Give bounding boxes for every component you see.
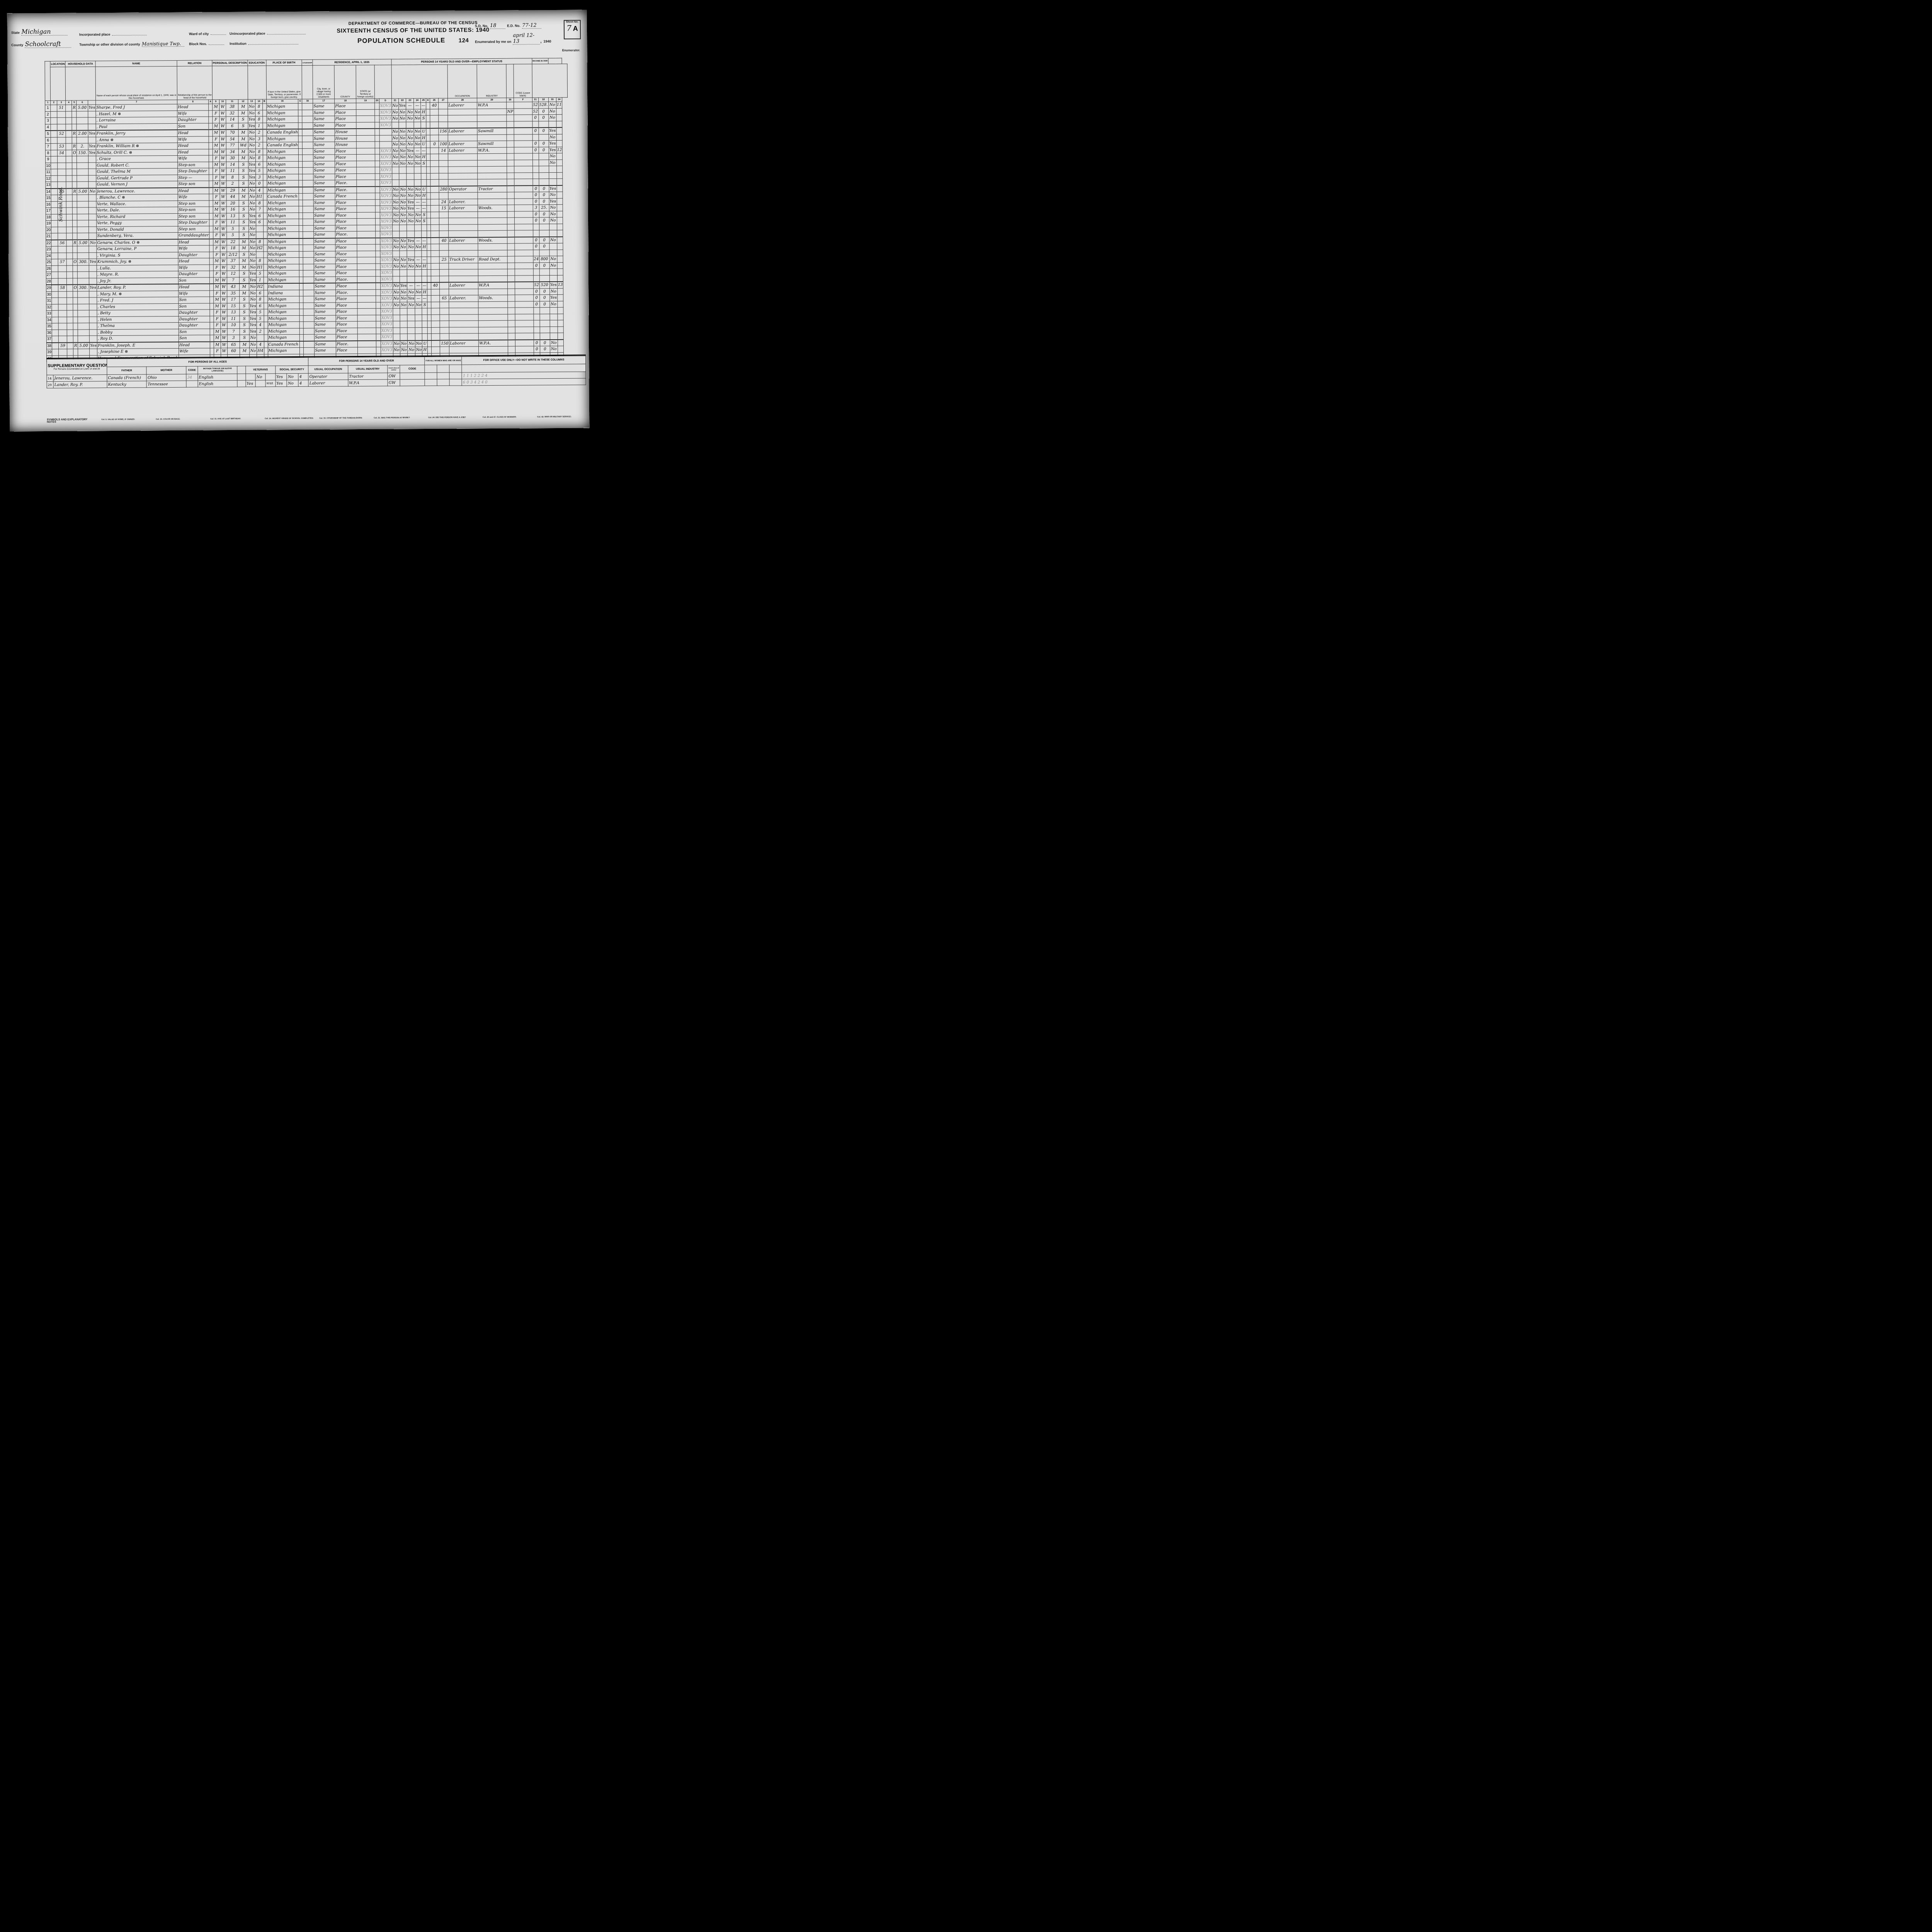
cell-school: No bbox=[249, 245, 257, 252]
cell-line: 38 bbox=[46, 342, 52, 349]
cell-blank bbox=[51, 259, 58, 265]
cell-race: W bbox=[220, 297, 227, 303]
colnum: 29 bbox=[477, 98, 507, 102]
cell-age: 14 bbox=[226, 162, 239, 168]
cell-res-county: Place bbox=[335, 264, 357, 270]
cell-hours bbox=[430, 173, 439, 180]
cell-blank bbox=[357, 212, 375, 219]
cell-res-city: Same bbox=[313, 180, 335, 187]
cell-w21 bbox=[392, 173, 399, 180]
cell-res-county: Place. bbox=[335, 276, 357, 283]
cell-blank bbox=[51, 233, 58, 240]
cell-wages bbox=[539, 269, 549, 276]
cell-marital: M bbox=[239, 238, 249, 245]
cell-grade: 8 bbox=[256, 155, 263, 162]
cell-relation: Head bbox=[179, 284, 210, 290]
cell-w24: — bbox=[415, 282, 422, 289]
cell-blank bbox=[515, 250, 533, 256]
cell-dwelling bbox=[58, 253, 66, 259]
cell-industry bbox=[478, 160, 507, 167]
cell-blank bbox=[51, 253, 58, 259]
cell-hours bbox=[432, 333, 440, 340]
cell-dwelling: 54 bbox=[57, 150, 66, 156]
cell-blank bbox=[426, 122, 430, 128]
supp-code2 bbox=[400, 373, 425, 379]
cell-dwelling bbox=[58, 310, 67, 317]
cell-race: W bbox=[220, 277, 227, 284]
cell-w23 bbox=[406, 180, 414, 186]
supplementary-title: SUPPLEMENTARY QUESTIONS bbox=[48, 363, 106, 368]
cell-value bbox=[78, 329, 89, 336]
supp-class: OW bbox=[388, 373, 400, 379]
cell-res-city: Same bbox=[314, 296, 336, 303]
cell-weeks bbox=[440, 347, 449, 353]
cell-wages: 0 bbox=[540, 288, 550, 295]
cell-class bbox=[508, 320, 515, 327]
cell-w22 bbox=[399, 122, 406, 128]
cell-weeks-worked: 0 bbox=[534, 346, 540, 353]
cell-weeks bbox=[439, 218, 449, 224]
cell-blank bbox=[302, 116, 313, 122]
cell-blank bbox=[375, 167, 380, 173]
cell-blank bbox=[67, 304, 73, 311]
cell-weeks-worked: 0 bbox=[533, 211, 539, 218]
cell-code: XOV3 bbox=[381, 296, 393, 302]
supp-class: GW bbox=[388, 379, 400, 386]
cell-marital: S bbox=[239, 206, 248, 213]
cell-blank bbox=[357, 308, 376, 315]
cell-age: 44 bbox=[226, 194, 239, 200]
cell-res-county: Place bbox=[336, 302, 357, 309]
cell-industry bbox=[479, 346, 508, 353]
cell-w25 bbox=[422, 315, 427, 321]
colnum: 11 bbox=[226, 99, 238, 104]
household-desc bbox=[65, 67, 96, 100]
cell-blank bbox=[303, 309, 314, 315]
cell-age: 43 bbox=[227, 284, 240, 290]
cell-race: W bbox=[220, 239, 227, 245]
cell-blank bbox=[303, 148, 313, 155]
cell-dwelling bbox=[58, 336, 67, 342]
supp-veteran: Yes bbox=[246, 380, 256, 387]
cell-race: W bbox=[221, 316, 228, 322]
cell-blank bbox=[303, 245, 314, 251]
cell-other-income: No bbox=[549, 160, 556, 166]
colnum: F bbox=[514, 98, 532, 102]
cell-blank bbox=[51, 105, 57, 111]
cell-res-city: Same bbox=[313, 135, 335, 142]
cell-dwelling bbox=[58, 272, 66, 278]
cell-w23: No bbox=[406, 135, 414, 141]
cell-other-income: No bbox=[548, 108, 556, 115]
cell-blank bbox=[264, 303, 267, 309]
cell-farm bbox=[88, 195, 96, 201]
cell-blank bbox=[263, 225, 267, 232]
women-group: FOR ALL WOMEN WHO ARE OR HAVE BEEN MARRI… bbox=[425, 357, 462, 365]
cell-industry: Woods. bbox=[478, 295, 508, 301]
cell-blank bbox=[303, 213, 314, 219]
cell-grade: 8 bbox=[255, 104, 262, 110]
cell-w24: — bbox=[414, 103, 421, 109]
cell-weeks-worked: 52 bbox=[533, 282, 539, 288]
cell-industry: Sawmill bbox=[477, 141, 507, 147]
cell-farm-sched bbox=[557, 250, 563, 256]
class-header: Usual class of worker bbox=[388, 365, 400, 373]
cell-marital: S bbox=[239, 200, 248, 207]
cell-weeks bbox=[439, 115, 448, 122]
county-label: County bbox=[11, 43, 23, 47]
cell-res-city: Same bbox=[313, 155, 335, 161]
cell-blank bbox=[375, 199, 380, 206]
colnum: 2 bbox=[51, 100, 57, 105]
cell-w24: No bbox=[415, 289, 422, 296]
cell-class bbox=[507, 173, 514, 179]
cell-w22 bbox=[399, 173, 406, 180]
cell-tenure: R bbox=[73, 342, 78, 349]
cell-blank bbox=[209, 123, 213, 129]
cell-tenure bbox=[72, 175, 77, 182]
cell-dwelling bbox=[58, 291, 67, 298]
cell-name: , Roy D. bbox=[97, 335, 179, 342]
cell-weeks: 24 bbox=[439, 199, 448, 206]
cell-blank bbox=[514, 218, 533, 224]
cell-grade: 6 bbox=[257, 290, 264, 297]
cell-w24: No bbox=[414, 135, 421, 141]
cell-res-county: Place. bbox=[336, 289, 357, 296]
cell-w22: Yes bbox=[398, 103, 406, 109]
supp-office: 6 0 3 4 2 4 0 bbox=[462, 378, 586, 386]
cell-farm-sched bbox=[558, 333, 564, 339]
cell-w22: No bbox=[398, 109, 406, 116]
supp-vet-no: No bbox=[255, 374, 265, 380]
cell-occupation: Truck Driver bbox=[449, 257, 478, 263]
cell-res-county: Place. bbox=[335, 187, 357, 193]
usual-industry-header: USUAL INDUSTRY bbox=[348, 365, 388, 373]
cell-code: XOV3 bbox=[380, 251, 393, 257]
cell-blank bbox=[303, 167, 313, 174]
cell-blank bbox=[357, 154, 375, 161]
cell-race: W bbox=[220, 284, 227, 290]
cell-tenure bbox=[72, 124, 77, 131]
cell-value bbox=[77, 246, 89, 253]
cell-age: 13 bbox=[227, 309, 240, 316]
cell-res-city: Same bbox=[314, 302, 336, 309]
sd-ed-field: S.D. No. 18 E.D. No. 77-12 bbox=[475, 22, 541, 29]
cell-blank bbox=[303, 193, 313, 200]
cell-grade: 4 bbox=[257, 322, 264, 328]
cell-w24: No bbox=[414, 128, 421, 135]
cell-weeks-worked: 0 bbox=[534, 340, 540, 346]
cell-blank bbox=[52, 285, 58, 291]
cell-grade: 6 bbox=[257, 303, 264, 310]
cell-blank bbox=[209, 149, 213, 155]
cell-tenure: O bbox=[72, 150, 77, 156]
cell-blank bbox=[376, 302, 381, 309]
residence-state-desc: STATE (or Territory or foreign country) bbox=[356, 65, 375, 99]
cell-sex: M bbox=[214, 303, 221, 310]
cell-grade: 4 bbox=[256, 187, 263, 194]
cell-w22: No bbox=[398, 116, 406, 122]
supp-language: English bbox=[198, 374, 238, 381]
cell-value: 5.00 bbox=[77, 188, 88, 195]
cell-birthplace: Michigan bbox=[268, 347, 300, 354]
cell-value: 5.00 bbox=[77, 105, 88, 111]
cell-res-county: Place bbox=[336, 315, 357, 321]
cell-value bbox=[78, 316, 89, 323]
cell-blank bbox=[66, 233, 73, 240]
cell-blank bbox=[298, 142, 302, 148]
cell-code: XOV3 bbox=[380, 270, 393, 276]
cell-weeks-worked: 0 bbox=[532, 147, 539, 153]
cell-relation: Son bbox=[179, 335, 210, 342]
cell-blank bbox=[66, 131, 72, 137]
cell-hours bbox=[430, 148, 439, 154]
cell-farm-sched bbox=[556, 134, 563, 141]
cell-blank bbox=[357, 173, 375, 180]
cell-blank bbox=[303, 321, 314, 328]
cell-w21: No bbox=[393, 244, 400, 251]
cell-race: W bbox=[220, 245, 227, 252]
residence-header: RESIDENCE, APRIL 1, 1935 bbox=[313, 59, 391, 65]
cell-race: W bbox=[220, 226, 227, 232]
cell-relation: Head bbox=[179, 342, 210, 348]
cell-birthplace: Michigan bbox=[267, 245, 299, 251]
cell-weeks bbox=[439, 173, 448, 180]
cell-res-county: Place bbox=[335, 251, 357, 257]
department-title: DEPARTMENT OF COMMERCE—BUREAU OF THE CEN… bbox=[332, 20, 494, 26]
cell-marital: M bbox=[240, 348, 249, 354]
cell-occupation: Laborer. bbox=[448, 199, 478, 205]
cell-w23: No bbox=[407, 302, 415, 308]
cell-value bbox=[77, 233, 89, 240]
cell-name: Verte, Donald bbox=[97, 226, 178, 233]
cell-school: No bbox=[249, 335, 257, 341]
cell-name: , Anna ⊗ bbox=[96, 136, 177, 143]
cell-birthplace: Michigan bbox=[266, 110, 298, 116]
cell-school: No bbox=[249, 290, 257, 297]
supp-ss-yes: Yes bbox=[276, 380, 287, 387]
cell-w24: — bbox=[415, 238, 422, 244]
cell-tenure bbox=[72, 201, 77, 207]
cell-blank bbox=[514, 172, 532, 179]
cell-blank bbox=[264, 315, 268, 322]
cell-blank bbox=[515, 269, 533, 276]
income-desc bbox=[532, 64, 568, 98]
cell-blank bbox=[427, 224, 431, 231]
cell-relation: Step son bbox=[178, 226, 209, 232]
cell-farm-sched bbox=[557, 230, 563, 236]
cell-blank bbox=[67, 342, 73, 349]
cell-blank bbox=[357, 302, 376, 309]
cell-hours bbox=[431, 257, 439, 263]
cell-w24: No bbox=[414, 116, 421, 122]
state-field: State Michigan bbox=[11, 28, 68, 36]
income-header: INCOME IN 1939 bbox=[532, 58, 548, 64]
cell-blank bbox=[52, 323, 58, 330]
cell-hours bbox=[431, 218, 439, 224]
cell-w21: No bbox=[393, 263, 400, 270]
cell-code: XOV3 bbox=[380, 212, 392, 219]
cell-blank bbox=[52, 304, 58, 311]
cell-res-county: Place bbox=[335, 161, 357, 167]
cell-blank bbox=[303, 328, 314, 335]
cell-blank bbox=[515, 282, 533, 288]
cell-blank bbox=[514, 147, 532, 153]
cell-blank bbox=[51, 227, 58, 233]
cell-birthplace: Michigan bbox=[267, 257, 299, 264]
cell-name: , Bobby bbox=[97, 329, 179, 336]
cell-race: W bbox=[219, 162, 226, 168]
cell-relation: Step-son bbox=[178, 162, 209, 168]
personal-header: PERSONAL DESCRIPTION bbox=[212, 60, 248, 66]
ward-label: Ward of city bbox=[189, 32, 209, 36]
cell-w23: No bbox=[407, 218, 415, 225]
cell-marital: M bbox=[238, 110, 248, 117]
cell-blank bbox=[357, 231, 376, 238]
cell-tenure bbox=[73, 329, 78, 336]
cell-race: W bbox=[219, 129, 226, 136]
cell-class bbox=[507, 102, 514, 109]
cell-dwelling bbox=[58, 227, 66, 233]
cell-other-income: No bbox=[549, 262, 557, 269]
cell-tenure bbox=[73, 220, 77, 227]
cell-w23 bbox=[407, 270, 415, 276]
cell-blank bbox=[375, 173, 380, 180]
cell-blank bbox=[427, 302, 431, 308]
colnum: 12 bbox=[238, 99, 248, 104]
cell-blank bbox=[427, 218, 431, 224]
cell-occupation bbox=[449, 347, 479, 353]
cell-value bbox=[78, 336, 89, 342]
colnum: 13 bbox=[248, 99, 255, 104]
cell-blank bbox=[209, 143, 213, 149]
cell-farm-sched bbox=[556, 128, 563, 134]
cell-w24: No bbox=[415, 218, 422, 225]
cell-value bbox=[77, 226, 89, 233]
cell-industry bbox=[478, 230, 507, 237]
cell-wages bbox=[539, 275, 549, 282]
cell-marital: S bbox=[239, 226, 249, 232]
cell-industry bbox=[478, 211, 507, 218]
cell-other-income: No bbox=[548, 114, 556, 121]
cell-age: 2/12 bbox=[227, 252, 239, 258]
cell-line: 15 bbox=[46, 195, 51, 201]
cell-birthplace: Indiana bbox=[267, 283, 299, 290]
cell-blank bbox=[356, 135, 375, 142]
cell-marital: S bbox=[240, 303, 249, 310]
cell-other-income bbox=[549, 224, 557, 230]
block-value bbox=[209, 44, 224, 45]
cell-w25: U bbox=[421, 186, 427, 192]
cell-blank bbox=[299, 200, 303, 206]
cell-name: , Betty bbox=[97, 310, 179, 316]
cell-class bbox=[507, 192, 514, 199]
cell-farm-sched bbox=[556, 140, 563, 147]
cell-sex: F bbox=[213, 219, 220, 226]
cell-blank bbox=[209, 162, 213, 168]
cell-farm-sched bbox=[557, 262, 563, 269]
supp-ss-no: No bbox=[287, 374, 298, 380]
cell-tenure: R bbox=[72, 105, 77, 111]
education-header: EDUCATION bbox=[248, 60, 266, 66]
cell-res-county: Place. bbox=[336, 341, 357, 347]
cell-birthplace: Michigan bbox=[267, 136, 299, 142]
cell-birthplace: Canada English bbox=[267, 129, 299, 136]
cell-blank bbox=[52, 278, 58, 285]
cell-marital: S bbox=[240, 328, 249, 335]
cell-blank bbox=[299, 180, 303, 187]
cell-w24: No bbox=[415, 263, 422, 270]
cell-school: Yes bbox=[249, 328, 257, 335]
cell-blank bbox=[356, 116, 375, 122]
location-header: LOCATION bbox=[50, 61, 65, 67]
cell-school: No bbox=[248, 238, 256, 245]
cell-race: W bbox=[221, 335, 228, 342]
cell-blank bbox=[209, 219, 213, 226]
cell-res-county: Place bbox=[336, 334, 357, 341]
cell-weeks-worked: 0 bbox=[533, 198, 539, 205]
cell-tenure bbox=[72, 182, 77, 188]
cell-sex: F bbox=[213, 194, 220, 201]
cell-code bbox=[379, 141, 392, 148]
cell-res-county: House bbox=[335, 135, 356, 142]
cell-blank bbox=[264, 277, 267, 283]
unincorporated-place-value bbox=[267, 34, 306, 35]
cell-grade: H1 bbox=[257, 264, 264, 271]
colnum: 21 bbox=[391, 99, 398, 103]
cell-w25: H bbox=[421, 109, 426, 116]
cell-blank bbox=[299, 245, 303, 251]
cell-other-income: No bbox=[548, 102, 556, 108]
cell-blank bbox=[264, 251, 267, 258]
supp-blank bbox=[237, 374, 245, 380]
cell-line: 17 bbox=[46, 207, 51, 214]
cell-weeks-worked bbox=[533, 250, 539, 256]
cell-blank bbox=[357, 328, 376, 334]
cell-other-income: Yes bbox=[549, 147, 556, 153]
cell-w22 bbox=[399, 231, 407, 238]
cell-relation: Wife bbox=[178, 245, 209, 252]
cell-birthplace: Michigan bbox=[267, 161, 299, 168]
cell-occupation bbox=[448, 167, 478, 173]
cell-res-county: Place bbox=[336, 296, 357, 303]
cell-marital: M bbox=[239, 284, 249, 290]
cell-blank bbox=[356, 109, 375, 116]
cell-blank bbox=[67, 330, 73, 336]
cell-blank bbox=[66, 169, 72, 175]
cell-blank bbox=[376, 296, 381, 302]
county-field: County Schoolcraft bbox=[11, 40, 71, 48]
cell-tenure bbox=[73, 214, 77, 220]
cell-blank bbox=[356, 141, 375, 148]
cell-blank bbox=[515, 327, 534, 333]
cell-w24: No bbox=[414, 193, 421, 199]
colnum: A bbox=[209, 100, 213, 104]
cell-line: 3 bbox=[45, 117, 51, 124]
cell-blank bbox=[51, 131, 57, 137]
cell-school: No bbox=[248, 136, 256, 143]
cell-relation: Wife bbox=[178, 194, 209, 201]
cell-w23 bbox=[406, 122, 414, 128]
cell-value bbox=[77, 214, 89, 220]
cell-industry bbox=[478, 320, 508, 327]
cell-age: 18 bbox=[227, 245, 239, 252]
cell-sex: F bbox=[213, 271, 220, 277]
sheet-number: 7 bbox=[566, 24, 571, 33]
cell-industry bbox=[478, 327, 508, 333]
colnum: 14 bbox=[255, 99, 262, 104]
cell-marital: S bbox=[239, 219, 248, 226]
